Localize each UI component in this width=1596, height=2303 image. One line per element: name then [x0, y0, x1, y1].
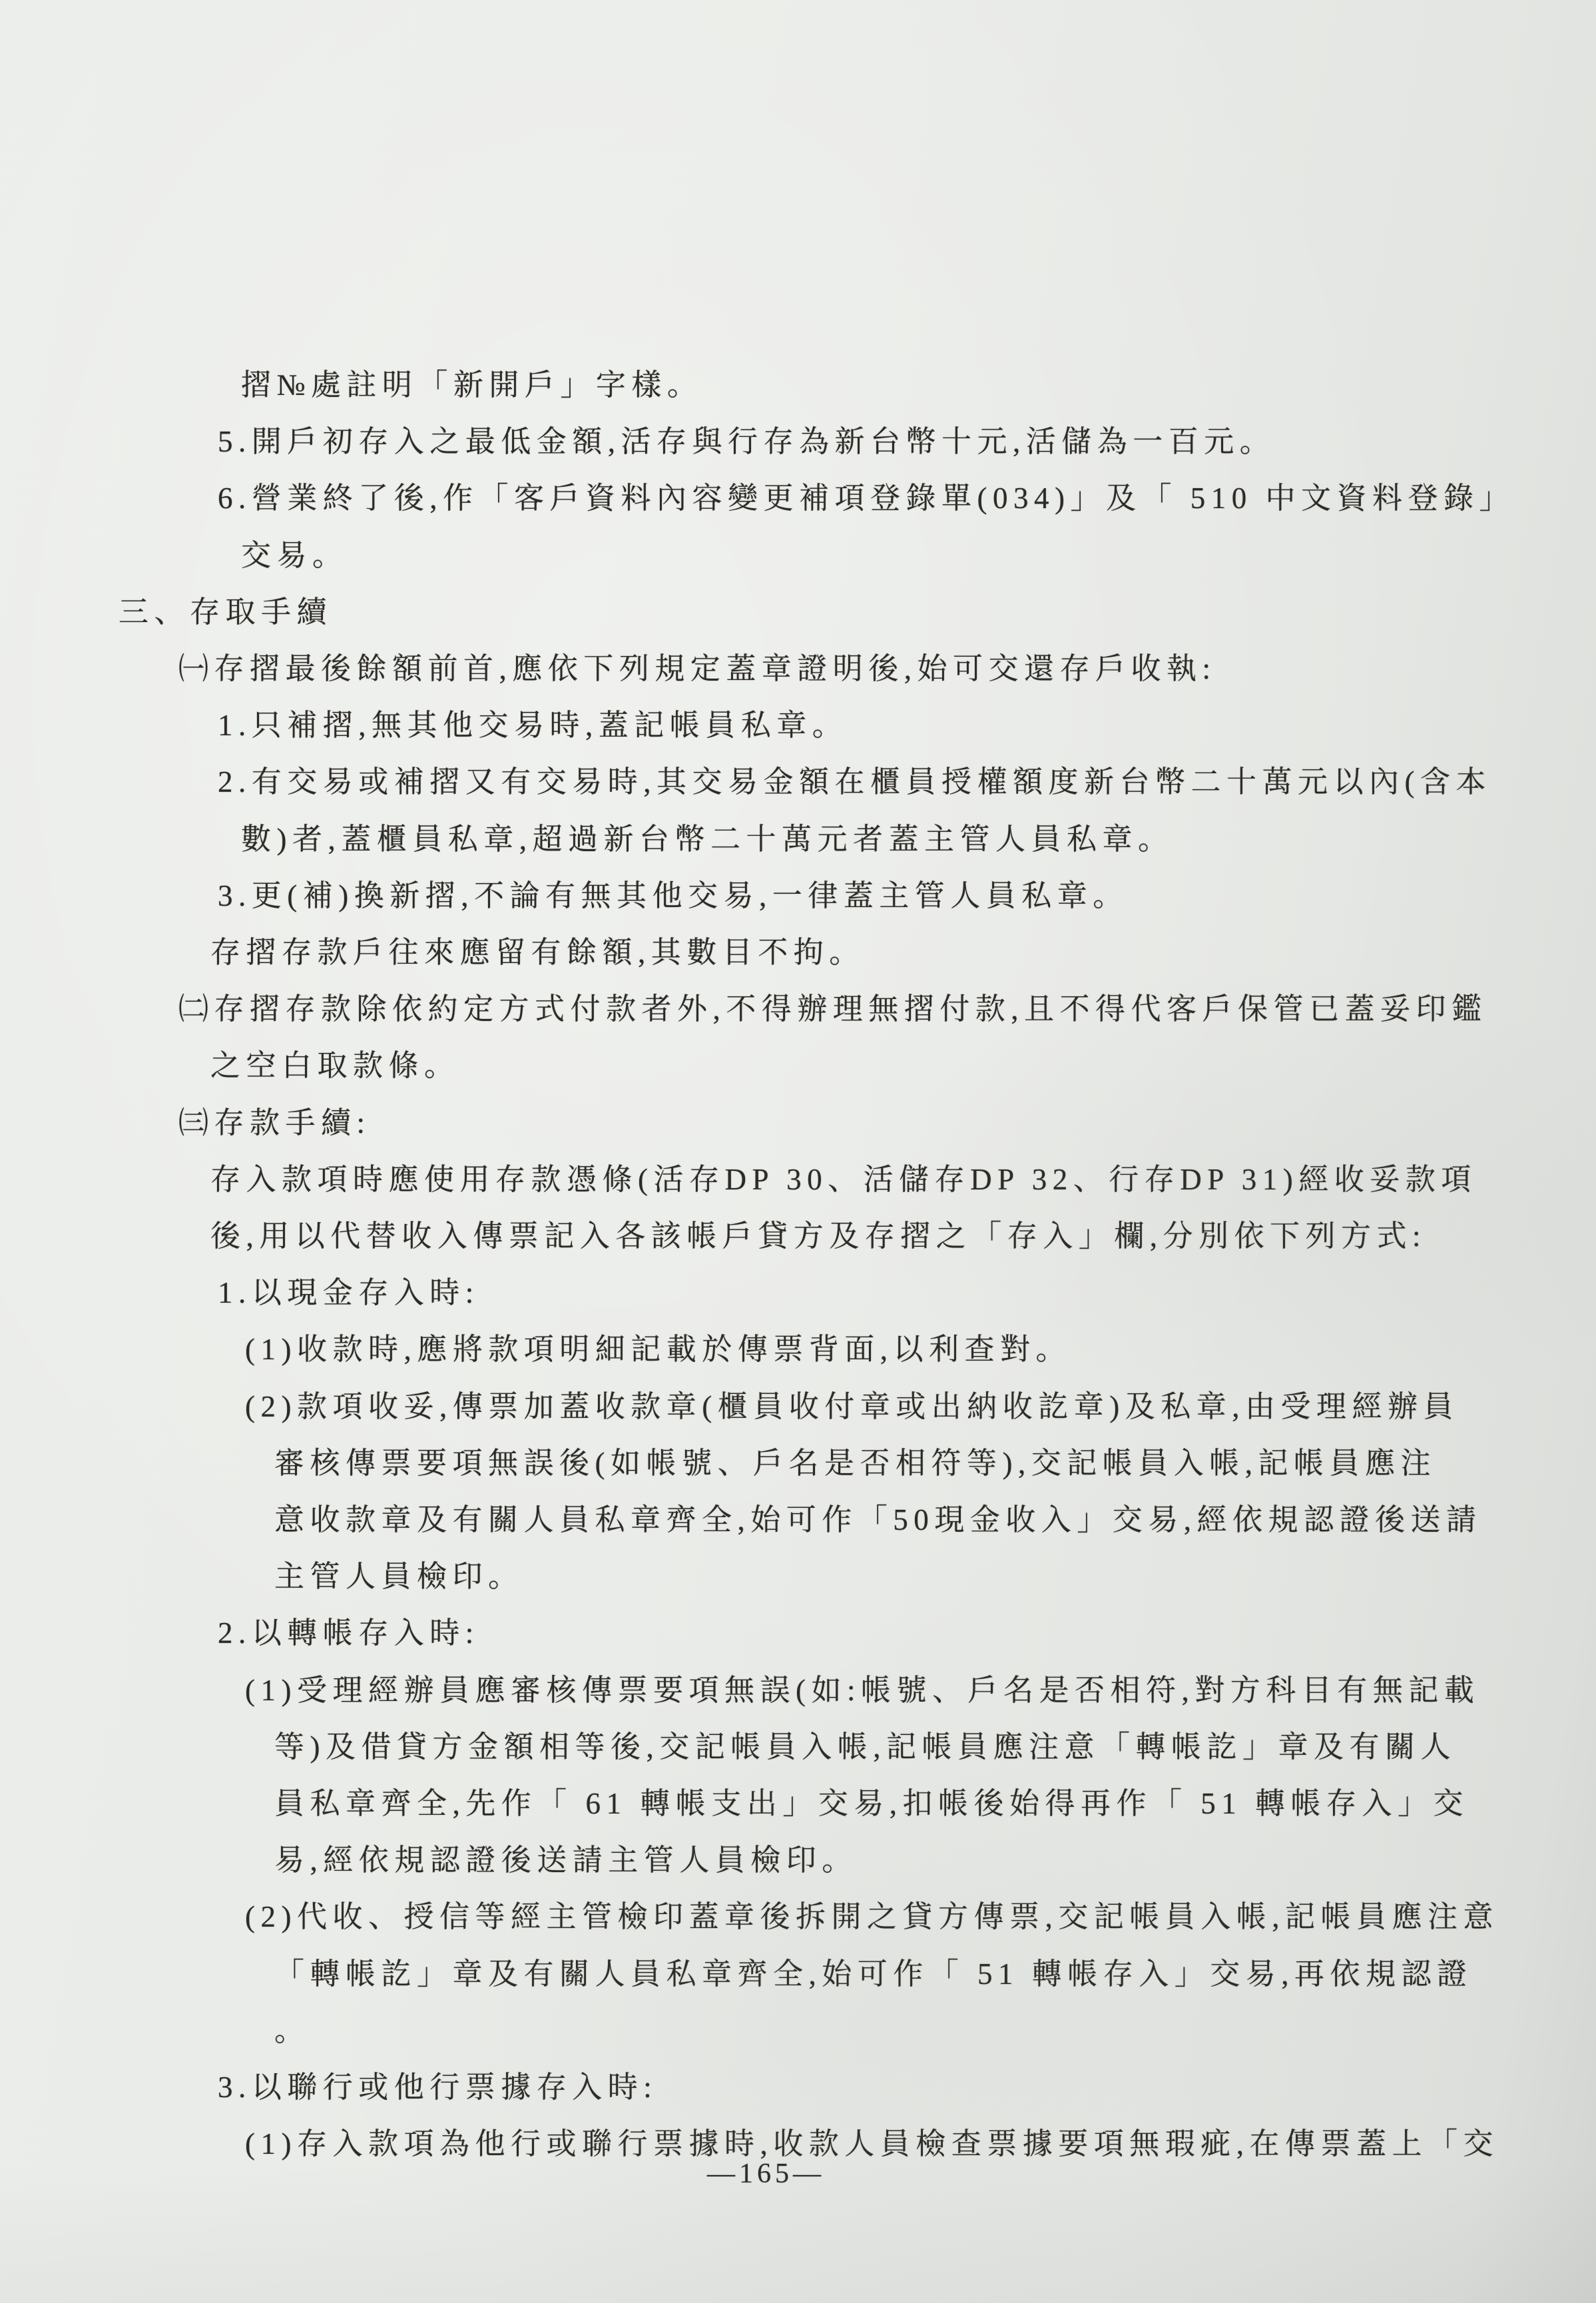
text-line: (2)代收、授信等經主管檢印蓋章後拆開之貸方傳票,交記帳員入帳,記帳員應注意 [245, 1899, 1499, 1934]
text-line: ㈢存款手續: [178, 1106, 371, 1140]
text-line: 數)者,蓋櫃員私章,超過新台幣二十萬元者蓋主管人員私章。 [241, 822, 1174, 856]
text-line: 主管人員檢印。 [274, 1559, 524, 1594]
scanned-document-page: 摺№處註明「新開戶」字樣。5.開戶初存入之最低金額,活存與行存為新台幣十元,活儲… [0, 0, 1596, 2303]
text-line: 1.只補摺,無其他交易時,蓋記帳員私章。 [218, 708, 848, 743]
text-line: 員私章齊全,先作「 61 轉帳支出」交易,扣帳後始得再作「 51 轉帳存入」交 [274, 1786, 1469, 1821]
text-line: 交易。 [241, 538, 348, 573]
text-line: 「轉帳訖」章及有關人員私章齊全,始可作「 51 轉帳存入」交易,再依規認證 [274, 1957, 1473, 1991]
text-line: 易,經依規認證後送請主管人員檢印。 [274, 1843, 858, 1877]
text-line: ㈠存摺最後餘額前首,應依下列規定蓋章證明後,始可交還存戶收執: [178, 651, 1216, 686]
text-line: 三、存取手續 [119, 595, 332, 629]
text-line: 審核傳票要項無誤後(如帳號、戶名是否相符等),交記帳員入帳,記帳員應注 [274, 1446, 1436, 1480]
text-line: 存摺存款戶往來應留有餘額,其數目不拘。 [210, 935, 865, 970]
text-line: ㈡存摺存款除依約定方式付款者外,不得辦理無摺付款,且不得代客戶保管已蓋妥印鑑 [178, 992, 1487, 1026]
text-line: (1)受理經辦員應審核傳票要項無誤(如:帳號、戶名是否相符,對方科目有無記載 [245, 1673, 1479, 1708]
text-line: 之空白取款條。 [210, 1048, 460, 1083]
text-line: 5.開戶初存入之最低金額,活存與行存為新台幣十元,活儲為一百元。 [218, 424, 1275, 459]
text-line: 摺№處註明「新開戶」字樣。 [241, 368, 702, 402]
text-line: 3.以聯行或他行票據存入時: [218, 2070, 657, 2105]
text-line: 存入款項時應使用存款憑條(活存DP 30、活儲存DP 32、行存DP 31)經收… [210, 1162, 1477, 1197]
text-line: 。 [274, 2013, 310, 2048]
text-line: (1)存入款項為他行或聯行票據時,收款人員檢查票據要項無瑕疵,在傳票蓋上「交 [245, 2127, 1499, 2161]
text-line: (2)款項收妥,傳票加蓋收款章(櫃員收付章或出納收訖章)及私章,由受理經辦員 [245, 1389, 1459, 1424]
text-line: (1)收款時,應將款項明細記載於傳票背面,以利查對。 [245, 1332, 1071, 1367]
text-line: 6.營業終了後,作「客戶資料內容變更補項登錄單(034)」及「 510 中文資料… [218, 481, 1515, 515]
text-line: 1.以現金存入時: [218, 1275, 479, 1310]
text-line: 後,用以代替收入傳票記入各該帳戶貸方及存摺之「存入」欄,分別依下列方式: [210, 1219, 1426, 1253]
text-line: 意收款章及有關人員私章齊全,始可作「50現金收入」交易,經依規認證後送請 [274, 1502, 1482, 1537]
text-line: 2.有交易或補摺又有交易時,其交易金額在櫃員授權額度新台幣二十萬元以內(含本 [218, 765, 1491, 799]
text-line: 等)及借貸方金額相等後,交記帳員入帳,記帳員應注意「轉帳訖」章及有關人 [274, 1730, 1456, 1764]
text-line: 3.更(補)換新摺,不論有無其他交易,一律蓋主管人員私章。 [218, 878, 1129, 913]
page-number: —165— [707, 2158, 825, 2190]
text-line: 2.以轉帳存入時: [218, 1616, 479, 1650]
